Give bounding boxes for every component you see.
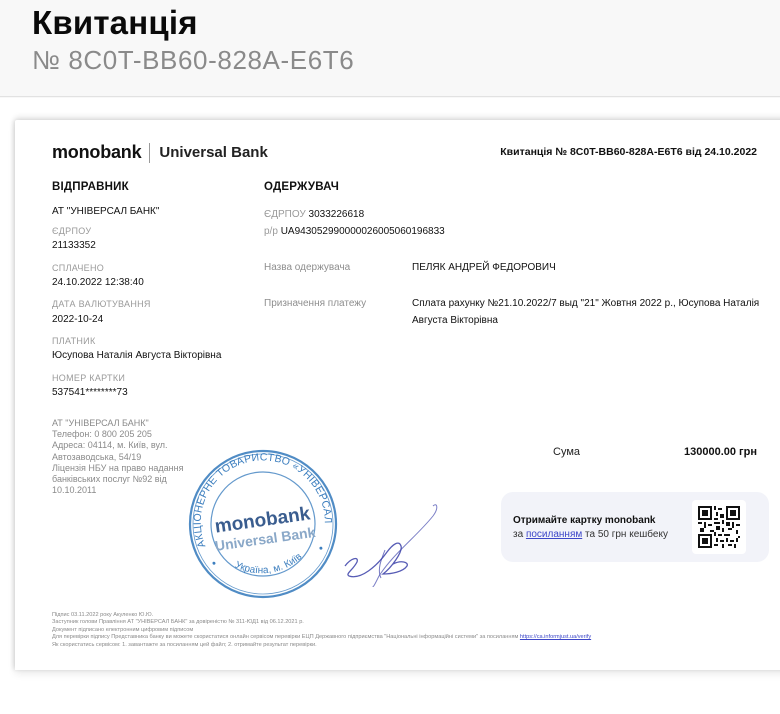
- promo-suffix: та 50 грн кешбеку: [582, 529, 668, 540]
- logo-partner: Universal Bank: [159, 144, 267, 161]
- bank-logo: monobank Universal Bank: [52, 142, 268, 163]
- promo-link[interactable]: посиланням: [526, 529, 582, 540]
- qr-code[interactable]: [692, 500, 746, 554]
- amount-label: Сума: [553, 446, 580, 458]
- footer-line: Заступник голови Правління АТ "УНІВЕРСАЛ…: [52, 619, 591, 626]
- payer-label: ПЛАТНИК: [52, 336, 95, 346]
- logo-brand: monobank: [52, 142, 141, 163]
- footer-line: Як скористатись сервісом: 1. завантажте …: [52, 642, 591, 649]
- card-label: НОМЕР КАРТКИ: [52, 373, 125, 383]
- recipient-edrpou-row: ЄДРПОУ 3033226618: [264, 209, 364, 220]
- recipient-account: UA943052990000026005060196833: [281, 226, 445, 237]
- footer-line: Підпис 03.11.2022 року Акуленко Ю.Ю.: [52, 612, 591, 619]
- recipient-edrpou: 3033226618: [309, 209, 365, 220]
- qr-code-icon: [698, 506, 740, 548]
- page-header: Квитанція № 8C0T-BB60-828A-E6T6: [0, 0, 780, 97]
- sender-edrpou: 21133352: [52, 240, 96, 251]
- recipient-account-label: р/р: [264, 226, 278, 237]
- bank-info-line: АТ "УНІВЕРСАЛ БАНК": [52, 418, 222, 429]
- bank-stamp: АКЦІОНЕРНЕ ТОВАРИСТВО «УНІВЕРСАЛ БАНК» У…: [187, 448, 339, 600]
- recipient-name: ПЕЛЯК АНДРЕЙ ФЕДОРОВИЧ: [412, 259, 762, 276]
- promo-text: за посиланням та 50 грн кешбеку: [513, 529, 668, 540]
- value-date-label: ДАТА ВАЛЮТУВАННЯ: [52, 299, 151, 309]
- payer-name: Юсупова Наталія Августа Вікторівна: [52, 350, 221, 361]
- payment-purpose: Сплата рахунку №21.10.2022/7 выд "21" Жо…: [412, 295, 762, 329]
- recipient-account-row: р/р UA943052990000026005060196833: [264, 226, 445, 237]
- logo-divider: [149, 143, 150, 163]
- value-date: 2022-10-24: [52, 314, 103, 325]
- verify-link[interactable]: https://ca.informjust.ua/verify: [520, 634, 591, 640]
- receipt-reference: Квитанція № 8C0T-BB60-828A-E6T6 від 24.1…: [500, 146, 757, 158]
- sender-heading: ВІДПРАВНИК: [52, 181, 129, 193]
- footer-line: Для перевірки підпису Представника банку…: [52, 634, 591, 641]
- card-number: 537541********73: [52, 387, 128, 398]
- receipt-document: monobank Universal Bank Квитанція № 8C0T…: [15, 120, 780, 670]
- sender-edrpou-label: ЄДРПОУ: [52, 226, 91, 236]
- amount-value: 130000.00 грн: [684, 446, 757, 458]
- receipt-number: № 8C0T-BB60-828A-E6T6: [32, 45, 354, 76]
- promo-prefix: за: [513, 529, 526, 540]
- paid-datetime: 24.10.2022 12:38:40: [52, 277, 144, 288]
- page-title: Квитанція: [32, 4, 198, 42]
- paid-label: СПЛАЧЕНО: [52, 263, 104, 273]
- recipient-name-label: Назва одержувача: [264, 262, 350, 273]
- signature-footer: Підпис 03.11.2022 року Акуленко Ю.Ю. Зас…: [52, 612, 591, 649]
- recipient-edrpou-label: ЄДРПОУ: [264, 209, 306, 220]
- sender-name: АТ "УНІВЕРСАЛ БАНК": [52, 206, 159, 217]
- recipient-heading: ОДЕРЖУВАЧ: [264, 181, 339, 193]
- promo-title: Отримайте картку monobank: [513, 515, 656, 526]
- bank-info-line: Телефон: 0 800 205 205: [52, 429, 222, 440]
- signature: [337, 490, 447, 590]
- footer-verify-text: Для перевірки підпису Представника банку…: [52, 634, 520, 640]
- purpose-label: Призначення платежу: [264, 298, 366, 309]
- promo-banner: Отримайте картку monobank за посиланням …: [501, 492, 769, 562]
